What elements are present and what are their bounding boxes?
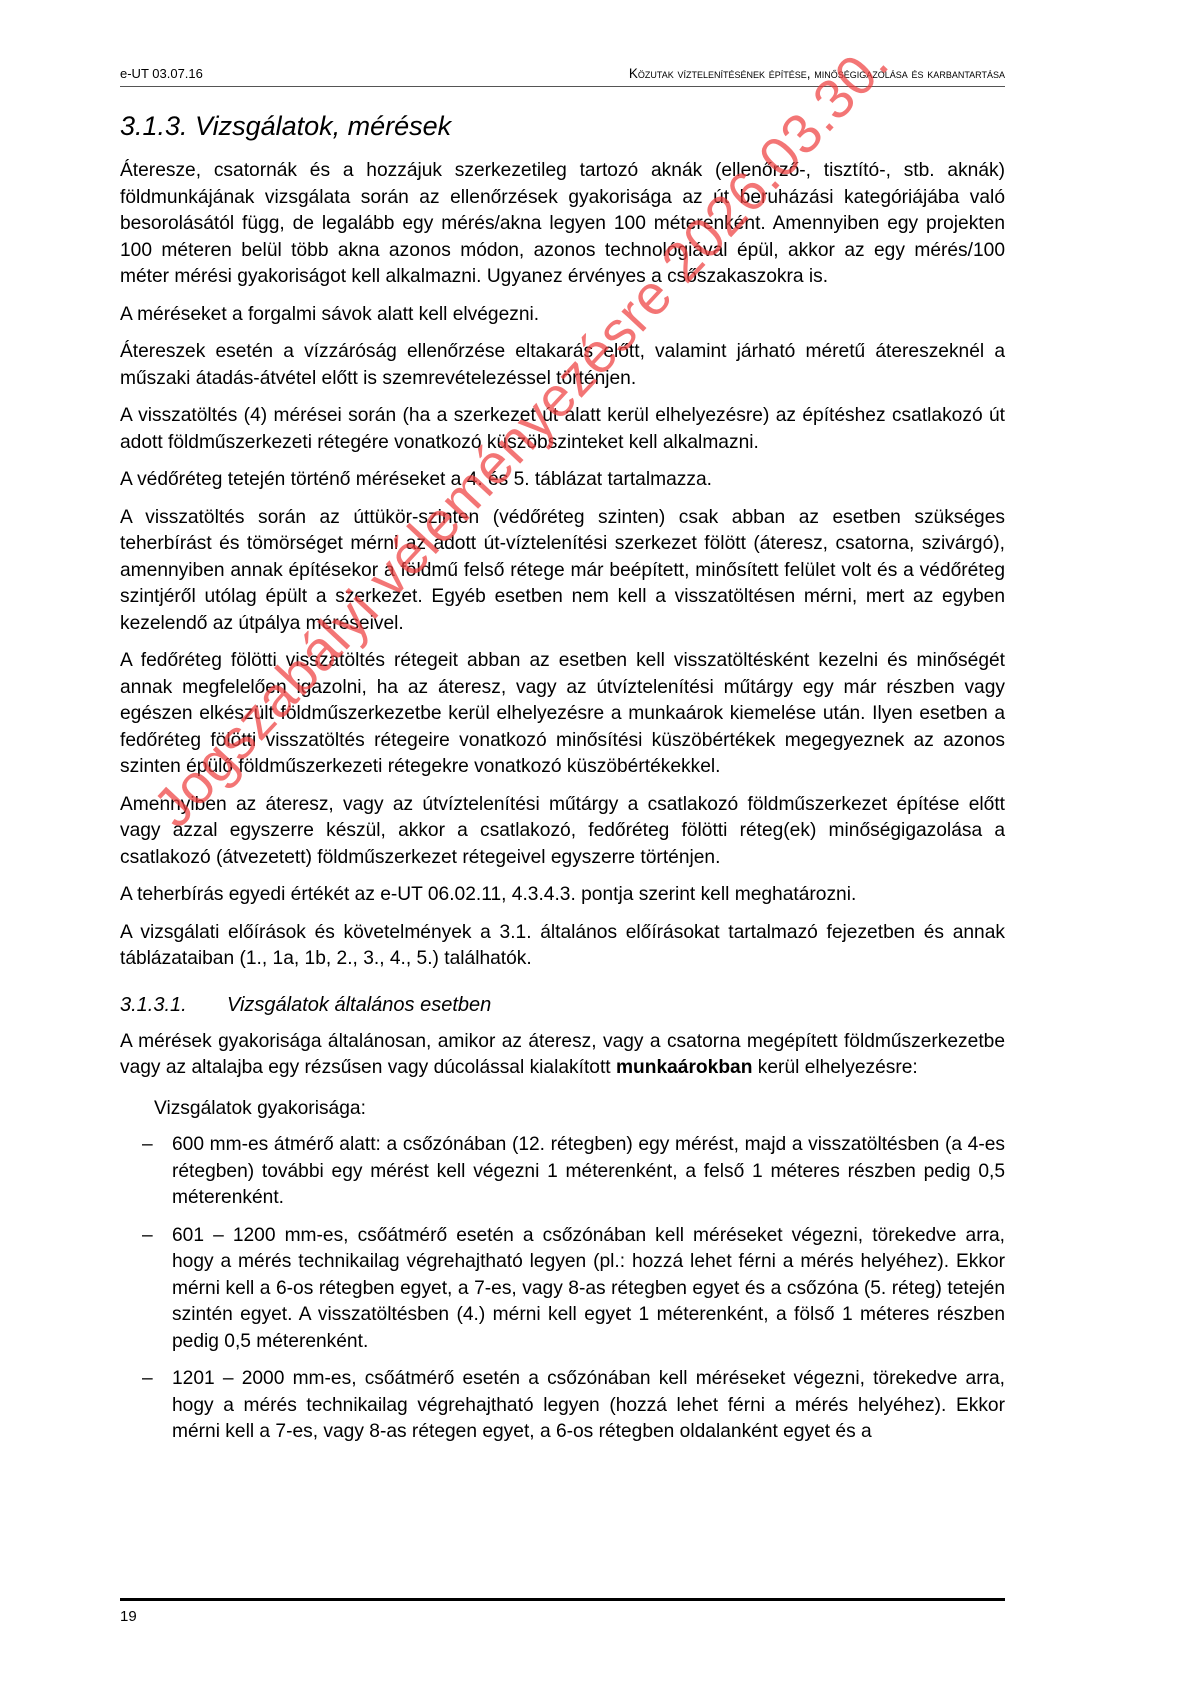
subsection-title-text: Vizsgálatok általános esetben	[227, 994, 491, 1016]
page-content: 3.1.3. Vizsgálatok, mérések Áteresze, cs…	[120, 106, 1005, 1457]
paragraph: A vizsgálati előírások és követelmények …	[120, 920, 1005, 973]
paragraph: A méréseket a forgalmi sávok alatt kell …	[120, 302, 1005, 329]
page-number: 19	[120, 1608, 137, 1625]
subsection-title: 3.1.3.1.Vizsgálatok általános esetben	[120, 991, 1005, 1019]
list-item: 600 mm-es átmérő alatt: a csőzónában (12…	[120, 1132, 1005, 1212]
paragraph: A teherbírás egyedi értékét az e-UT 06.0…	[120, 882, 1005, 909]
frequency-list: 600 mm-es átmérő alatt: a csőzónában (12…	[120, 1132, 1005, 1446]
paragraph: Átereszek esetén a vízzáróság ellenőrzés…	[120, 339, 1005, 392]
subsection-intro: A mérések gyakorisága általánosan, amiko…	[120, 1029, 1005, 1082]
list-item: 1201 – 2000 mm-es, csőátmérő esetén a cs…	[120, 1366, 1005, 1446]
paragraph: Áteresze, csatornák és a hozzájuk szerke…	[120, 158, 1005, 291]
intro-bold-term: munkaárokban	[616, 1057, 753, 1078]
paragraph: A fedőréteg fölötti visszatöltés rétegei…	[120, 648, 1005, 781]
section-title: 3.1.3. Vizsgálatok, mérések	[120, 106, 1005, 146]
list-heading: Vizsgálatok gyakorisága:	[154, 1096, 1005, 1123]
list-item: 601 – 1200 mm-es, csőátmérő esetén a cső…	[120, 1223, 1005, 1356]
intro-text-end: kerül elhelyezésre:	[752, 1057, 917, 1078]
subsection-number: 3.1.3.1.	[120, 991, 227, 1019]
paragraph: Amennyiben az áteresz, vagy az útvíztele…	[120, 792, 1005, 872]
paragraph: A védőréteg tetején történő méréseket a …	[120, 467, 1005, 494]
paragraph: A visszatöltés (4) mérései során (ha a s…	[120, 403, 1005, 456]
paragraph: A visszatöltés során az úttükör-szinten …	[120, 505, 1005, 638]
document-id: e-UT 03.07.16	[120, 66, 203, 81]
page-header: e-UT 03.07.16 Közutak víztelenítésének é…	[120, 66, 1005, 87]
footer-divider	[120, 1598, 1005, 1601]
document-title: Közutak víztelenítésének építése, minősé…	[629, 66, 1005, 81]
